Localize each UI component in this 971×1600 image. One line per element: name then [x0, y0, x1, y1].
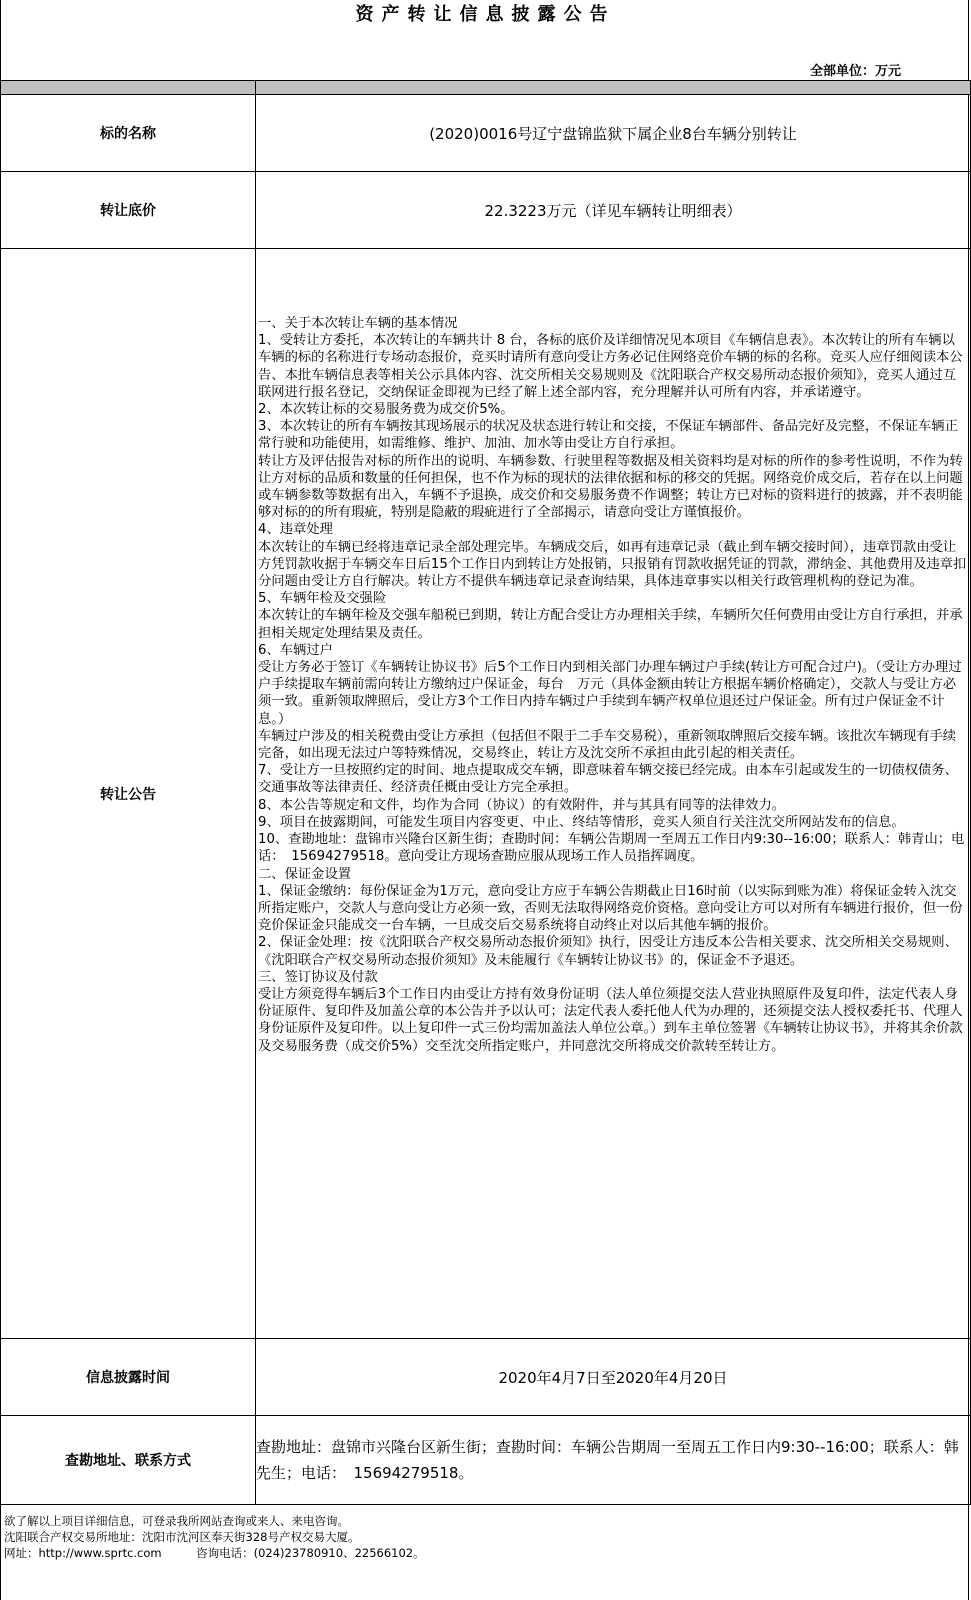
notice-paragraph: 受让方须竞得车辆后3个工作日内由受让方持有效身份证明（法人单位须提交法人营业执照… — [258, 986, 968, 1055]
notice-label: 转让公告 — [1, 249, 256, 1339]
notice-paragraph: 受让方务必于签订《车辆转让协议书》后5个工作日内到相关部门办理车辆过户手续(转让… — [258, 659, 968, 728]
contact-label: 查勘地址、联系方式 — [1, 1416, 256, 1505]
notice-paragraph: 1、受转让方委托，本次转让的车辆共计 8 台，各标的底价及详细情况见本项目《车辆… — [258, 332, 968, 401]
notice-paragraph: 2、本次转让标的交易服务费为成交价5%。 — [258, 401, 968, 418]
notice-paragraph: 3、本次转让的所有车辆按其现场展示的状况及状态进行转让和交接，不保证车辆部件、备… — [258, 418, 968, 452]
notice-paragraph: 5、车辆年检及交强险 — [258, 590, 968, 607]
notice-paragraph: 二、保证金设置 — [258, 866, 968, 883]
subject-name-label: 标的名称 — [1, 95, 256, 172]
notice-paragraph: 10、查勘地址：盘锦市兴隆台区新生街；查勘时间：车辆公告期周一至周五工作日内9:… — [258, 831, 968, 865]
notice-content: 一、关于本次转让车辆的基本情况1、受转让方委托，本次转让的车辆共计 8 台，各标… — [256, 249, 971, 1339]
page-title: 资产转让信息披露公告 — [0, 0, 971, 30]
row-disclosure-time: 信息披露时间 2020年4月7日至2020年4月20日 — [1, 1339, 971, 1416]
row-subject-name: 标的名称 (2020)0016号辽宁盘锦监狱下属企业8台车辆分别转让 — [1, 95, 971, 172]
notice-text: 一、关于本次转让车辆的基本情况1、受转让方委托，本次转让的车辆共计 8 台，各标… — [256, 249, 970, 1055]
disclosure-time-label: 信息披露时间 — [1, 1339, 256, 1416]
notice-paragraph: 车辆过户涉及的相关税费由受让方承担（包括但不限于二手车交易税），重新领取牌照后交… — [258, 728, 968, 762]
notice-paragraph: 6、车辆过户 — [258, 642, 968, 659]
notice-paragraph: 三、签订协议及付款 — [258, 969, 968, 986]
row-contact: 查勘地址、联系方式 查勘地址：盘锦市兴隆台区新生街；查勘时间：车辆公告期周一至周… — [1, 1416, 971, 1505]
footer-line-1: 欲了解以上项目详细信息，可登录我所网站查询或来人、来电咨询。 — [4, 1513, 425, 1529]
subject-name-value: (2020)0016号辽宁盘锦监狱下属企业8台车辆分别转让 — [256, 95, 971, 172]
disclosure-time-value: 2020年4月7日至2020年4月20日 — [256, 1339, 971, 1416]
notice-paragraph: 7、受让方一旦按照约定的时间、地点提取成交车辆，即意味着车辆交接已经完成。由本车… — [258, 762, 968, 796]
base-price-value: 22.3223万元（详见车辆转让明细表） — [256, 172, 971, 249]
footer-line-2: 沈阳联合产权交易所地址：沈阳市沈河区奉天街328号产权交易大厦。 — [4, 1529, 425, 1545]
row-notice: 转让公告 一、关于本次转让车辆的基本情况1、受转让方委托，本次转让的车辆共计 8… — [1, 249, 971, 1339]
notice-paragraph: 9、项目在披露期间，可能发生项目内容变更、中止、终结等情形，竞买人须自行关注沈交… — [258, 814, 968, 831]
notice-paragraph: 转让方及评估报告对标的所作出的说明、车辆参数、行驶里程等数据及相关资料均是对标的… — [258, 453, 968, 522]
notice-paragraph: 本次转让的车辆年检及交强车船税已到期，转让方配合受让方办理相关手续，车辆所欠任何… — [258, 607, 968, 641]
contact-value: 查勘地址：盘锦市兴隆台区新生街；查勘时间：车辆公告期周一至周五工作日内9:30-… — [256, 1416, 971, 1505]
disclosure-table: 标的名称 (2020)0016号辽宁盘锦监狱下属企业8台车辆分别转让 转让底价 … — [0, 80, 971, 1505]
row-base-price: 转让底价 22.3223万元（详见车辆转让明细表） — [1, 172, 971, 249]
base-price-label: 转让底价 — [1, 172, 256, 249]
notice-paragraph: 2、保证金处理：按《沈阳联合产权交易所动态报价须知》执行，因受让方违反本公告相关… — [258, 934, 968, 968]
notice-paragraph: 8、本公告等规定和文件，均作为合同（协议）的有效附件，并与其具有同等的法律效力。 — [258, 797, 968, 814]
notice-paragraph: 一、关于本次转让车辆的基本情况 — [258, 315, 968, 332]
header-grey-row — [1, 81, 971, 95]
notice-paragraph: 4、违章处理 — [258, 521, 968, 538]
footer-line-3: 网址：http://www.sprtc.com 咨询电话：(024)237809… — [4, 1545, 425, 1561]
footer: 欲了解以上项目详细信息，可登录我所网站查询或来人、来电咨询。 沈阳联合产权交易所… — [4, 1513, 425, 1561]
notice-paragraph: 本次转让的车辆已经将违章记录全部处理完毕。车辆成交后，如再有违章记录（截止到车辆… — [258, 539, 968, 591]
unit-label: 全部单位：万元 — [810, 60, 901, 79]
notice-paragraph: 1、保证金缴纳：每份保证金为1万元，意向受让方应于车辆公告期截止日16时前（以实… — [258, 883, 968, 935]
